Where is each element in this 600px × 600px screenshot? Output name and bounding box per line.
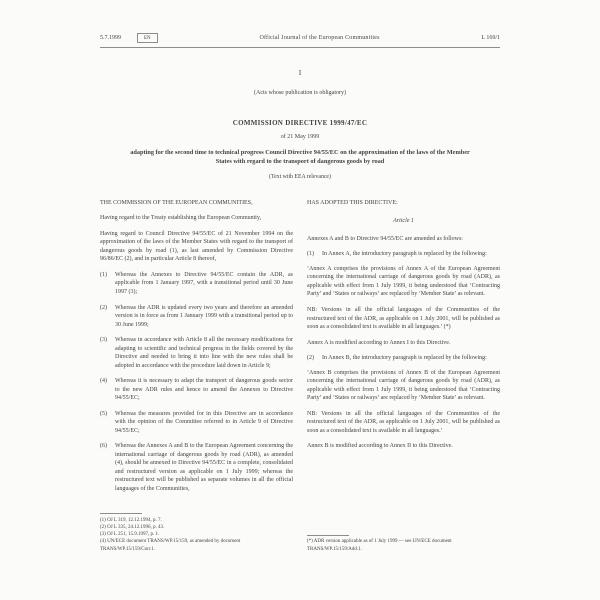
recital-number: (1) xyxy=(100,271,115,297)
right-column: HAS ADOPTED THIS DIRECTIVE: Article 1 An… xyxy=(307,199,500,553)
act-title-block: COMMISSION DIRECTIVE 1999/47/EC of 21 Ma… xyxy=(100,119,500,180)
footnote-rule xyxy=(307,535,349,536)
header-page-ref: L 169/1 xyxy=(481,35,500,42)
act-relevance-note: (Text with EEA relevance) xyxy=(100,174,500,180)
left-column: THE COMMISSION OF THE EUROPEAN COMMUNITI… xyxy=(100,199,293,553)
amendment-number: (2) xyxy=(307,354,322,363)
footnote: (*) ADR version applicable as of 1 July … xyxy=(307,538,500,553)
body-columns: THE COMMISSION OF THE EUROPEAN COMMUNITI… xyxy=(100,199,500,553)
intro-paragraph: THE COMMISSION OF THE EUROPEAN COMMUNITI… xyxy=(100,199,293,208)
act-subject: adapting for the second time to technica… xyxy=(124,148,476,167)
article-intro: Annexes A and B to Directive 94/55/EC ar… xyxy=(307,235,500,244)
footnote: (2) OJ L 335, 24.12.1996, p. 43. xyxy=(100,524,293,531)
amendment-closing: Annex A is modified according to Annex I… xyxy=(307,339,500,348)
amendment-note: NB: Versions in all the official languag… xyxy=(307,410,500,436)
article-heading: Article 1 xyxy=(307,217,500,226)
section-subtitle: (Acts whose publication is obligatory) xyxy=(100,90,500,96)
left-footnotes: (1) OJ L 319, 12.12.1994, p. 7. (2) OJ L… xyxy=(100,513,293,553)
language-box: EN xyxy=(137,33,158,43)
amendment-2: (2) In Annex B, the introductory paragra… xyxy=(307,354,500,363)
amendment-lead: In Annex A, the introductory paragraph i… xyxy=(322,250,500,259)
amendment-quote: ‘Annex A comprises the provisions of Ann… xyxy=(307,265,500,299)
recital-6: (6) Whereas the Annexes A and B to the E… xyxy=(100,442,293,493)
official-journal-page: 5.7.1999 EN Official Journal of the Euro… xyxy=(0,0,600,600)
journal-title: Official Journal of the European Communi… xyxy=(158,35,482,42)
recital-number: (2) xyxy=(100,304,115,330)
language-code: EN xyxy=(144,36,151,41)
header-rule xyxy=(100,47,500,48)
amendment-lead: In Annex B, the introductory paragraph i… xyxy=(322,354,500,363)
footnote: (3) OJ L 251, 15.9.1997, p. 1. xyxy=(100,531,293,538)
intro-paragraph: Having regard to the Treaty establishing… xyxy=(100,214,293,223)
section-marker: I xyxy=(100,69,500,77)
amendment-1: (1) In Annex A, the introductory paragra… xyxy=(307,250,500,259)
amendment-closing: Annex B is modified according to Annex I… xyxy=(307,442,500,451)
recital-text: Whereas in accordance with Article 8 all… xyxy=(115,336,293,370)
recital-text: Whereas the ADR is updated every two yea… xyxy=(115,304,293,330)
footnote: (1) OJ L 319, 12.12.1994, p. 7. xyxy=(100,517,293,524)
footnote: (4) UN/ECE document TRANS/WP.15/159, as … xyxy=(100,538,293,553)
recital-number: (3) xyxy=(100,336,115,370)
recital-2: (2) Whereas the ADR is updated every two… xyxy=(100,304,293,330)
recital-number: (4) xyxy=(100,377,115,403)
page-header: 5.7.1999 EN Official Journal of the Euro… xyxy=(100,33,500,43)
amendment-note: NB: Versions in all the official languag… xyxy=(307,306,500,332)
recital-number: (6) xyxy=(100,442,115,493)
right-footnotes: (*) ADR version applicable as of 1 July … xyxy=(307,535,500,553)
recital-text: Whereas the Annexes to Directive 94/55/E… xyxy=(115,271,293,297)
recital-text: Whereas the measures provided for in thi… xyxy=(115,410,293,436)
amendment-quote: ‘Annex B comprises the provisions of Ann… xyxy=(307,369,500,403)
recital-5: (5) Whereas the measures provided for in… xyxy=(100,410,293,436)
header-date: 5.7.1999 xyxy=(100,35,121,42)
recital-number: (5) xyxy=(100,410,115,436)
amendment-number: (1) xyxy=(307,250,322,259)
recital-3: (3) Whereas in accordance with Article 8… xyxy=(100,336,293,370)
intro-paragraph: Having regard to Council Directive 94/55… xyxy=(100,230,293,264)
act-date-line: of 21 May 1999 xyxy=(100,134,500,140)
recital-text: Whereas the Annexes A and B to the Europ… xyxy=(115,442,293,493)
footnote-rule xyxy=(100,513,142,514)
act-heading: COMMISSION DIRECTIVE 1999/47/EC xyxy=(100,119,500,127)
recital-4: (4) Whereas it is necessary to adapt the… xyxy=(100,377,293,403)
recital-1: (1) Whereas the Annexes to Directive 94/… xyxy=(100,271,293,297)
adoption-formula: HAS ADOPTED THIS DIRECTIVE: xyxy=(307,199,500,208)
recital-text: Whereas it is necessary to adapt the tra… xyxy=(115,377,293,403)
